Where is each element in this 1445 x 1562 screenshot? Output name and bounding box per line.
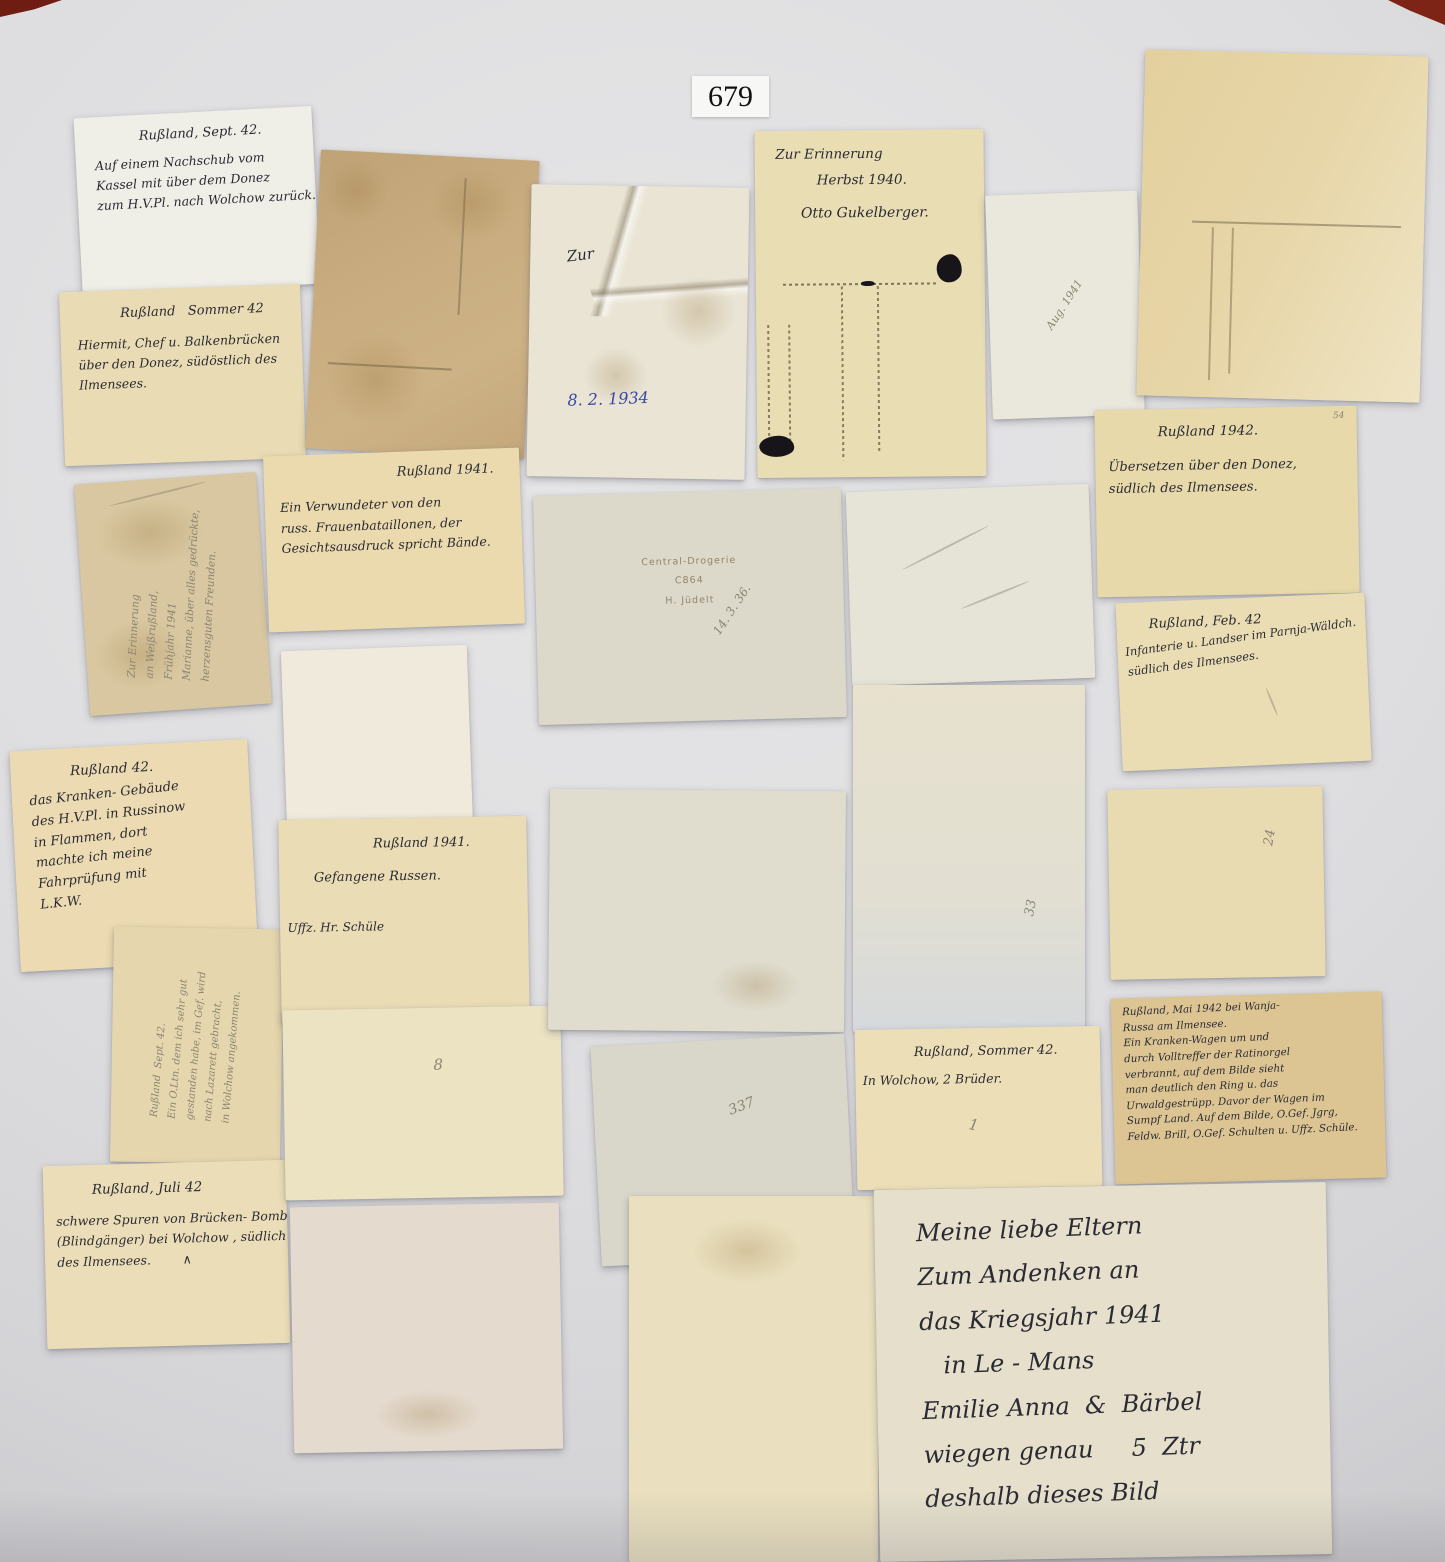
card-note-sept42-nachschub: Rußland, Sept. 42.Auf einem Nachschub vo… (74, 106, 321, 296)
photo-number-label: 679 (692, 76, 769, 117)
card-postcard-blank-topright (1137, 49, 1429, 402)
handwriting-text: Rußland 1941. (396, 459, 493, 482)
card-letter-eltern: Meine liebe ElternZum Andenken andas Kri… (874, 1182, 1332, 1562)
stain (711, 959, 800, 1013)
stain (691, 1218, 803, 1284)
stain (374, 1389, 482, 1440)
crease (582, 209, 750, 369)
card-note-juli42-blindgaenger: Rußland, Juli 42schwere Spuren von Brück… (43, 1160, 291, 1349)
scribble (1265, 688, 1278, 716)
handwriting-text: Auf einem Nachschub vomKassel mit über d… (95, 145, 317, 216)
card-blank-pale-bottom (290, 1203, 563, 1454)
handwriting-text: Zur Erinnerung (775, 144, 882, 165)
handwriting-text: In Wolchow, 2 Brüder. (863, 1069, 1003, 1090)
card-note-wolchow-brueder: Rußland, Sommer 42.In Wolchow, 2 Brüder.… (855, 1026, 1103, 1190)
handwriting-text: Rußland, Juli 42 (92, 1177, 203, 1200)
handwriting-text: Rußland, Mai 1942 bei Wanja-Russa am Ilm… (1122, 996, 1358, 1147)
handwriting-text: Rußland 1942. (1157, 421, 1258, 443)
card-blank-tall-bottom (629, 1196, 878, 1562)
card-note-feb42-infanterie: Rußland, Feb. 42Infanterie u. Landser im… (1115, 593, 1371, 772)
stain (322, 156, 391, 225)
handwriting-text: Rußland, Sept. 42. (138, 121, 262, 147)
vdotted (788, 325, 791, 450)
pencil-date: Aug. 1941 (1043, 277, 1088, 334)
card-blank-white-small (281, 645, 473, 835)
handwriting-text: Otto Gukelberger. (801, 202, 929, 224)
handwriting-text: Rußland, Sommer 42. (914, 1041, 1058, 1063)
card-note-weissrussland-1941: Zur Erinnerungan Weißrußland,Frühjahr 19… (74, 472, 272, 716)
handwriting-text: Rußland 1941. (373, 833, 470, 854)
handwriting-text: Rußland Sommer 42 (120, 299, 264, 324)
handwriting-text: Herbst 1940. (817, 170, 907, 191)
card-blank-24: 24 (1107, 786, 1325, 980)
vline (1228, 228, 1234, 373)
handwriting-text: Zur (565, 243, 595, 269)
table-corner-top-right (1388, 0, 1445, 25)
handwriting-text: schwere Spuren von Brücken- Bomben,(Blin… (56, 1205, 290, 1273)
handwriting-text: Gefangene Russen. (314, 866, 441, 888)
blot (936, 254, 961, 282)
scribble (901, 525, 989, 571)
card-note-uebersetzen-donez: Rußland 1942.Übersetzen über den Donez,s… (1094, 406, 1359, 598)
handwriting-text: Meine liebe ElternZum Andenken andas Kri… (915, 1202, 1206, 1522)
scribble (109, 481, 207, 507)
stain (660, 274, 738, 348)
photo-scene: 679 Rußland, Sept. 42.Auf einem Nachschu… (0, 0, 1445, 1562)
hline (327, 362, 452, 371)
card-blank-white-mid (846, 484, 1096, 686)
vdotted (841, 286, 845, 460)
pencil-number: 33 (1020, 898, 1043, 918)
card-small-aug1941: Aug. 1941 (985, 190, 1145, 419)
vline (457, 178, 466, 315)
card-stamp-drogerie: Central-DrogerieC864H. Jüdelt14. 3. 36. (533, 488, 847, 725)
hline (1192, 220, 1401, 227)
handwriting-text: Rußland Sept. 42.Ein O.Ltn. dem ich sehr… (146, 967, 249, 1124)
card-postcard-tan-back (305, 149, 539, 459)
blue-ink-date: 8. 2. 1934 (567, 386, 649, 413)
pencil-number: 54 (1333, 410, 1345, 424)
handwriting-text: Ein Verwundeter von denruss. Frauenbatai… (280, 491, 491, 560)
pencil-number: 1 (967, 1113, 981, 1137)
card-note-sept42-oltn: Rußland Sept. 42.Ein O.Ltn. dem ich sehr… (110, 927, 284, 1165)
stain (426, 164, 517, 243)
handwriting-text: Übersetzen über den Donez,südlich des Il… (1108, 454, 1297, 501)
table-corner-top-left (0, 0, 62, 17)
blot (759, 436, 794, 457)
pencil-number: 337 (726, 1092, 758, 1121)
card-blank-33: 33 (853, 685, 1085, 1032)
card-blank-pencil-8: 8 (282, 1006, 563, 1201)
pencil-number: 8 (433, 1053, 443, 1076)
card-postcard-gukelberger: Zur ErinnerungHerbst 1940.Otto Gukelberg… (754, 129, 986, 478)
handwriting-text: Hiermit, Chef u. Balkenbrückenüber den D… (77, 328, 281, 395)
handwriting-text: Zur Erinnerungan Weißrußland,Frühjahr 19… (123, 506, 224, 682)
card-note-mai1942-krankenwagen: Rußland, Mai 1942 bei Wanja-Russa am Ilm… (1111, 991, 1387, 1184)
hdotted (783, 282, 939, 285)
handwriting-text: Rußland 42. (69, 757, 153, 782)
pencil-number: 24 (1259, 828, 1281, 847)
handwriting-text: Uffz. Hr. Schüle (287, 918, 384, 938)
vline (1208, 228, 1214, 380)
handwriting-text: das Kranken- Gebäudedes H.V.Pl. in Russi… (28, 776, 195, 916)
card-blank-gray-center (548, 789, 846, 1033)
scribble (961, 580, 1029, 609)
blot (861, 281, 875, 287)
card-crumpled-1934: Zur8. 2. 1934 (526, 184, 749, 480)
vdotted (877, 286, 880, 453)
stain (324, 330, 427, 431)
crease (540, 184, 695, 318)
card-note-1941-verwundeter: Rußland 1941.Ein Verwundeter von denruss… (263, 448, 525, 633)
vdotted (768, 325, 771, 450)
card-note-sommer42-bruecke: Rußland Sommer 42Hiermit, Chef u. Balken… (59, 284, 306, 466)
card-note-gefangene-russen: Rußland 1941.Gefangene Russen.Uffz. Hr. … (278, 816, 530, 1023)
